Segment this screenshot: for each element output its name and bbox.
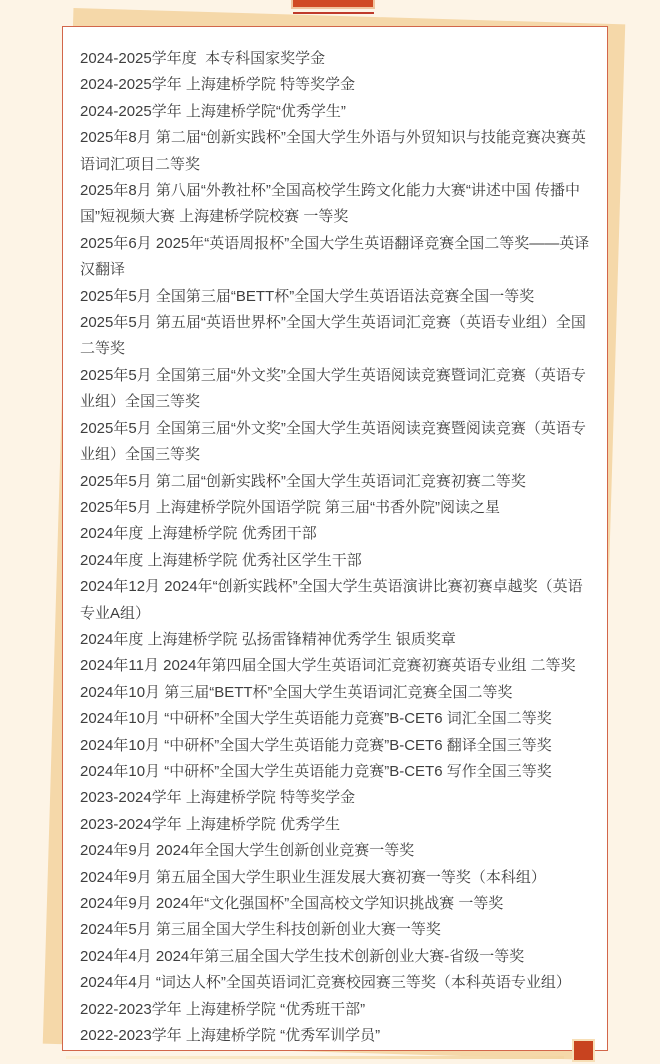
award-line: 2024年11月 2024年第四届全国大学生英语词汇竞赛初赛英语专业组 二等奖 <box>80 653 592 679</box>
award-line: 2024年10月 第三届“BETT杯”全国大学生英语词汇竞赛全国二等奖 <box>80 680 592 706</box>
award-line: 2024-2025学年 上海建桥学院“优秀学生” <box>80 99 592 125</box>
award-line: 2024年9月 2024年“文化强国杯”全国高校文学知识挑战赛 一等奖 <box>80 891 592 917</box>
award-line: 2024年10月 “中研杯”全国大学生英语能力竞赛”B-CET6 词汇全国二等奖 <box>80 706 592 732</box>
award-line: 2024年度 上海建桥学院 优秀社区学生干部 <box>80 548 592 574</box>
award-line: 2024年10月 “中研杯”全国大学生英语能力竞赛”B-CET6 翻译全国三等奖 <box>80 733 592 759</box>
award-line: 2024-2025学年度 本专科国家奖学金 <box>80 46 592 72</box>
award-line: 2025年5月 第二届“创新实践杯”全国大学生英语词汇竞赛初赛二等奖 <box>80 469 592 495</box>
banner-underline <box>293 12 374 14</box>
award-line: 2024-2025学年 上海建桥学院 特等奖学金 <box>80 72 592 98</box>
award-line: 2025年8月 第二届“创新实践杯”全国大学生外语与外贸知识与技能竞赛决赛英语词… <box>80 125 592 178</box>
award-line: 2025年6月 2025年“英语周报杯”全国大学生英语翻译竞赛全国二等奖——英译… <box>80 231 592 284</box>
award-line: 2025年5月 上海建桥学院外国语学院 第三届“书香外院”阅读之星 <box>80 495 592 521</box>
award-line: 2024年10月 “中研杯”全国大学生英语能力竞赛”B-CET6 写作全国三等奖 <box>80 759 592 785</box>
bottom-accent-line <box>66 1056 564 1059</box>
award-line: 2024年9月 第五届全国大学生职业生涯发展大赛初赛一等奖（本科组） <box>80 865 592 891</box>
award-line: 2025年5月 全国第三届“外文奖”全国大学生英语阅读竞赛暨词汇竞赛（英语专业组… <box>80 363 592 416</box>
award-line: 2025年5月 全国第三届“外文奖”全国大学生英语阅读竞赛暨阅读竞赛（英语专业组… <box>80 416 592 469</box>
award-line: 2025年8月 第八届“外教社杯”全国高校学生跨文化能力大赛“讲述中国 传播中国… <box>80 178 592 231</box>
section-banner <box>291 0 375 9</box>
award-line: 2025年5月 全国第三届“BETT杯”全国大学生英语语法竞赛全国一等奖 <box>80 284 592 310</box>
award-line: 2023-2024学年 上海建桥学院 优秀学生 <box>80 812 592 838</box>
awards-card: 2024-2025学年度 本专科国家奖学金 2024-2025学年 上海建桥学院… <box>62 26 608 1051</box>
award-line: 2024年度 上海建桥学院 优秀团干部 <box>80 521 592 547</box>
award-line: 2024年4月 “词达人杯”全国英语词汇竞赛校园赛三等奖（本科英语专业组） <box>80 970 592 996</box>
page-background: 2024-2025学年度 本专科国家奖学金 2024-2025学年 上海建桥学院… <box>0 0 660 1064</box>
award-line: 2024年度 上海建桥学院 弘扬雷锋精神优秀学生 银质奖章 <box>80 627 592 653</box>
award-line: 2023-2024学年 上海建桥学院 特等奖学金 <box>80 785 592 811</box>
award-line: 2024年5月 第三届全国大学生科技创新创业大赛一等奖 <box>80 917 592 943</box>
award-line: 2022-2023学年 上海建桥学院 “优秀军训学员” <box>80 1023 592 1049</box>
corner-square <box>572 1039 595 1062</box>
award-line: 2025年5月 第五届“英语世界杯”全国大学生英语词汇竞赛（英语专业组）全国二等… <box>80 310 592 363</box>
award-line: 2022-2023学年 上海建桥学院 “优秀班干部” <box>80 997 592 1023</box>
award-line: 2024年4月 2024年第三届全国大学生技术创新创业大赛-省级一等奖 <box>80 944 592 970</box>
award-line: 2024年12月 2024年“创新实践杯”全国大学生英语演讲比赛初赛卓越奖（英语… <box>80 574 592 627</box>
award-line: 2024年9月 2024年全国大学生创新创业竞赛一等奖 <box>80 838 592 864</box>
